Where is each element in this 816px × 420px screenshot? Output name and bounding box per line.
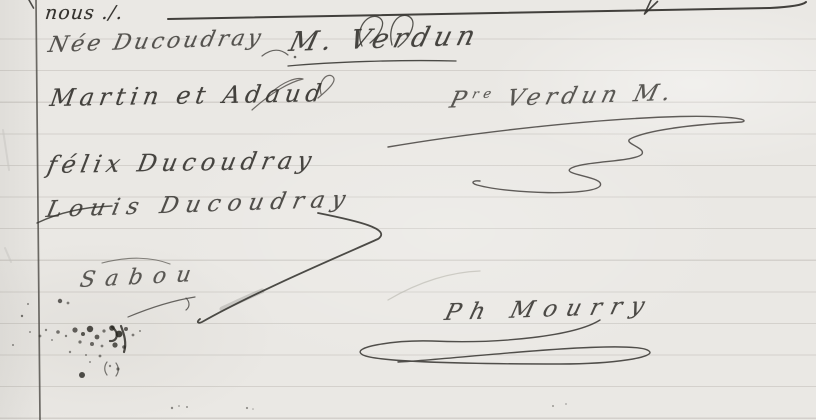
mourry-loop-paraph xyxy=(360,320,650,364)
ink-splatter xyxy=(12,299,141,378)
closing-word-nous: nous ./. xyxy=(44,2,124,24)
tilde-lead-stroke xyxy=(262,50,288,56)
margin-rule-line-top-mark xyxy=(29,0,34,8)
ducoudray-paraph-feathering xyxy=(222,291,262,309)
ink-specks xyxy=(171,403,567,410)
register-page-scan: nous ./. Née Ducoudray M. Verdun Martin … xyxy=(0,0,816,420)
margin-rule-line xyxy=(36,0,40,420)
page-edge-streak xyxy=(3,130,11,262)
signature-felix-ducoudray: félix Ducoudray xyxy=(45,146,319,179)
verdun-paraph-3 xyxy=(388,116,744,192)
signature-martin-et-adaud: Martin et Adaud xyxy=(48,79,328,112)
top-rule-line xyxy=(168,2,806,19)
crossing-v-stroke xyxy=(645,0,658,14)
verdun-underline xyxy=(288,61,456,66)
sabou-comma xyxy=(186,298,189,310)
sabou-under-arc xyxy=(128,297,195,317)
showthrough-arc xyxy=(388,271,480,300)
